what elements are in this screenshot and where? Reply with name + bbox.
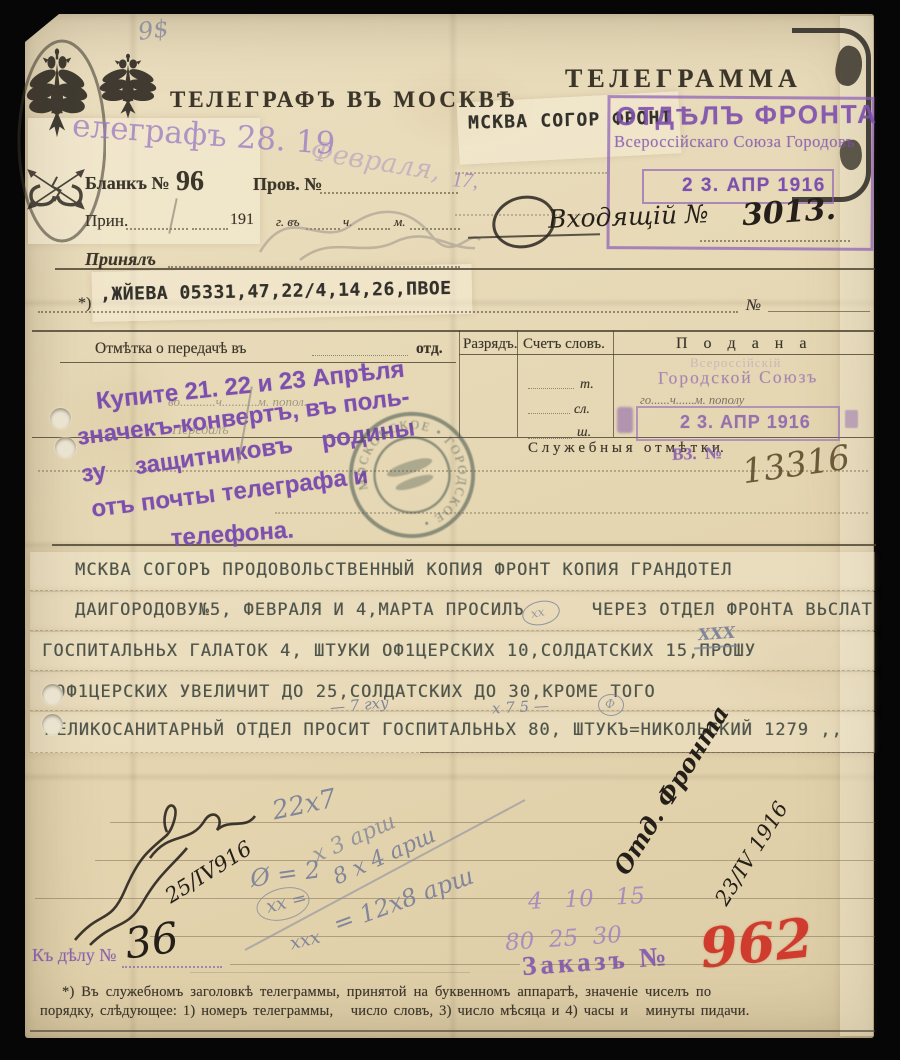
pencil-xx-mark: хх xyxy=(530,605,546,620)
purple-ink-blotch xyxy=(617,407,633,433)
column-schet-slov: Счетъ словъ. xyxy=(523,337,605,352)
pencil-top-note: 9$ xyxy=(136,16,170,44)
pencil-xxx-mark: ХХХ xyxy=(697,625,735,644)
pencil-diagonal-line xyxy=(235,790,535,960)
pencil-mark-b: х 7 5 — xyxy=(492,699,550,717)
office-title: ТЕЛЕГРАФЪ ВЪ МОСКВѢ xyxy=(170,88,517,111)
file-number-stamp: Къ дѣлу № xyxy=(32,946,116,964)
number-sign: № xyxy=(746,298,761,314)
punch-hole xyxy=(42,684,63,705)
row-label-sl: сл. xyxy=(574,403,590,417)
column-podana: П о д а н а xyxy=(676,336,812,352)
posthorn-emblem-icon xyxy=(22,156,90,226)
accepted-by-label: Принялъ xyxy=(85,250,156,268)
purple-ink-blotch xyxy=(845,410,858,428)
telegram-scan: 9$ ТЕЛЕГРАФЪ ВЪ МОСКВѢ елеграфъ 28. 19 Ф… xyxy=(0,0,900,1060)
podana-date-stamp: 2 3. АПР 1916 xyxy=(680,413,811,431)
footnote-mark: *) xyxy=(78,296,91,312)
file-number-line xyxy=(122,966,222,968)
blank-number-label: Бланкъ № xyxy=(85,174,170,192)
transfer-dept-label: отд. xyxy=(416,341,443,357)
postmark-ring-text: МОСКОВСКОЕ • ГОРОДСКОЕ • xyxy=(339,403,484,548)
footer-note-line1: *) Въ служебномъ заголовкѣ телеграммы, п… xyxy=(62,985,711,1000)
purple-tally-row1: 4 10 15 xyxy=(527,885,645,914)
podana-union-stamp: Городской Союзъ xyxy=(658,368,818,387)
pencil-signature-scrawl xyxy=(240,190,500,270)
vz-stamp: ВЗ. № xyxy=(672,444,723,463)
case-number-handwritten: 36 xyxy=(122,916,181,965)
date-stamp-value: 2 3. АПР 1916 xyxy=(682,176,826,195)
blank-number-value: 96 xyxy=(176,168,204,196)
body-line-1: МСКВА СОГОРЪ ПРОДОВОЛЬСТВЕННЫЙ КОПИЯ ФРО… xyxy=(75,562,732,579)
body-line-3: ГОСПИТАЛЬНЬХ ГАЛАТОК 4, ШТУКИ ОФ1ЦЕРСКИХ… xyxy=(42,643,756,660)
row-label-t: т. xyxy=(580,378,594,392)
footer-note-line2: порядку, слѣдующее: 1) номеръ телеграммы… xyxy=(40,1004,750,1019)
row-label-sh: ш. xyxy=(577,426,591,440)
order-number-red: 962 xyxy=(697,910,815,975)
incoming-number-label: Входящій № xyxy=(548,201,709,232)
pencil-f-mark: Ф xyxy=(605,698,615,710)
punch-hole xyxy=(50,408,71,429)
front-stamp-line2: Всероссійскаго Союза Городовъ xyxy=(614,134,855,151)
incoming-number-value: 3013. xyxy=(741,195,837,231)
telegram-title: ТЕЛЕГРАММА xyxy=(565,66,802,92)
received-label: Прин. xyxy=(85,212,128,229)
column-razryad: Разрядъ. xyxy=(463,337,517,352)
body-line-2: ДАИГОРОДОВУ№5, ФЕВРАЛЯ И 4,МАРТА ПРОСИЛЪ… xyxy=(75,602,873,619)
punch-hole xyxy=(42,714,63,735)
punch-hole xyxy=(55,437,76,458)
pencil-circle-mark: Ф xyxy=(598,694,624,716)
transfer-note-label: Отмѣтка о передачѣ въ xyxy=(95,341,246,357)
svg-text:МОСКОВСКОЕ • ГОРОДСКОЕ •: МОСКОВСКОЕ • ГОРОДСКОЕ • xyxy=(339,403,484,548)
podana-time-row: го......ч......м. пополу xyxy=(640,394,744,407)
front-stamp-line1: ОТДѢЛЪ ФРОНТА xyxy=(616,101,878,129)
